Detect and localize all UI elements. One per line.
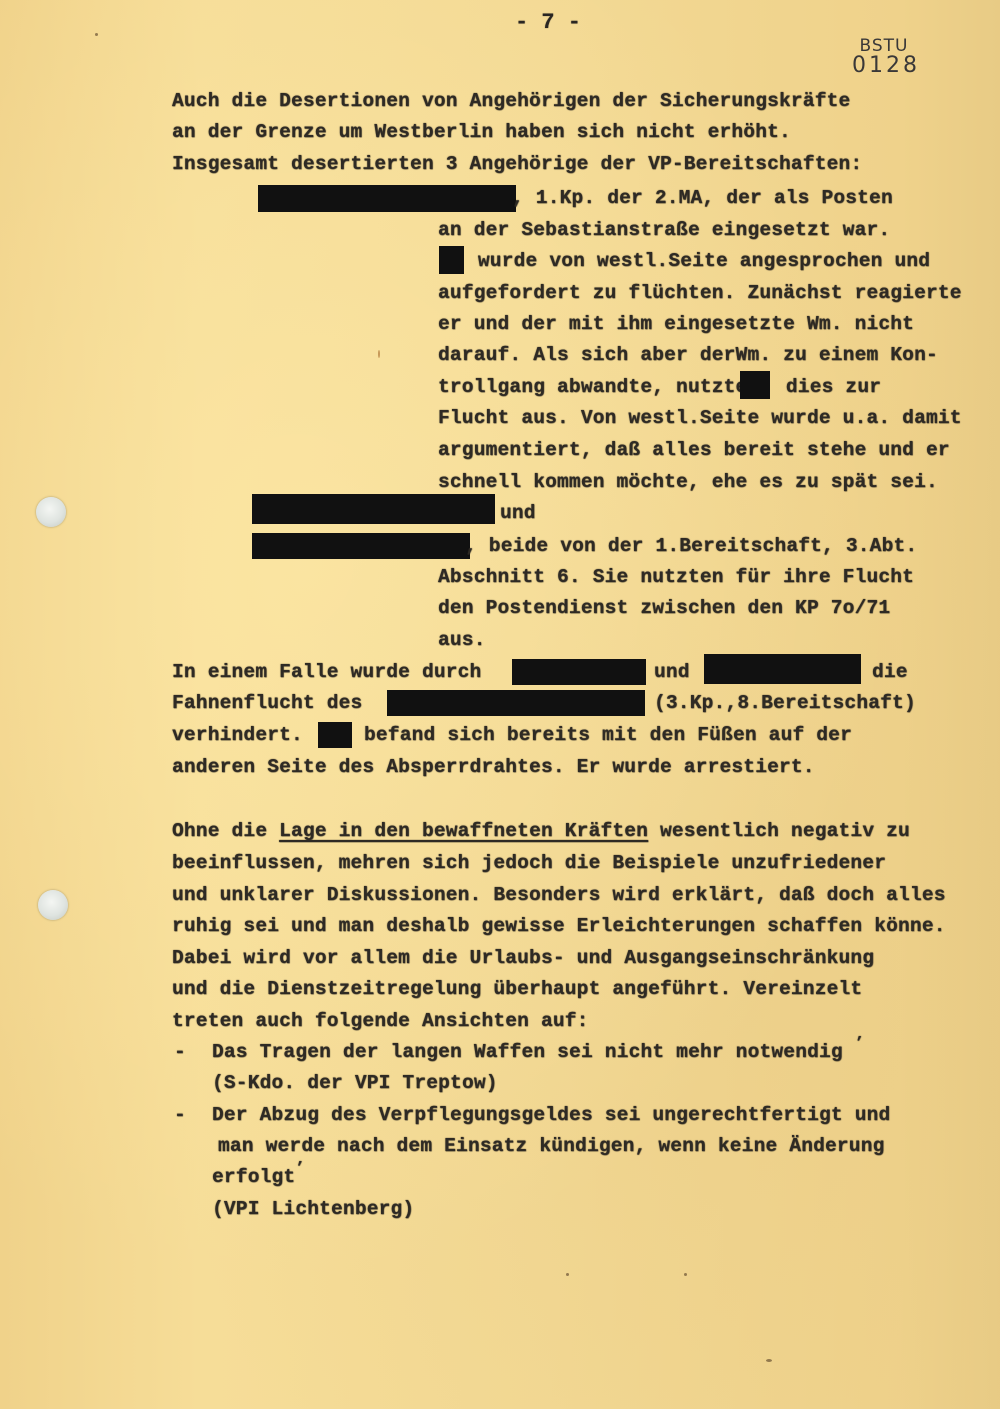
document-page: - 7 - BSTU 0128 Auch die Desertionen von… [0,0,1000,1409]
text-line: ruhig sei und man deshalb gewisse Erleic… [172,915,946,937]
text-line: anderen Seite des Absperrdrahtes. Er wur… [172,756,815,778]
redaction-block [740,371,770,399]
paper-speck [684,1273,687,1276]
text-line: befand sich bereits mit den Füßen auf de… [364,724,852,746]
redaction-block [318,722,352,748]
list-item: erfolgt’ [212,1166,305,1190]
list-bullet: - [174,1104,186,1126]
redaction-block [387,690,645,716]
list-bullet: - [174,1041,186,1063]
text-line: Flucht aus. Von westl.Seite wurde u.a. d… [438,407,962,429]
text-line: die [872,661,908,683]
redaction-block [439,246,464,274]
underlined-phrase: Lage in den bewaffneten Kräften [279,820,648,842]
text-line: aus. [438,629,486,651]
text-line: und unklarer Diskussionen. Besonders wir… [172,884,946,906]
paper-speck [766,1359,772,1362]
redaction-block [512,659,646,685]
text-fragment: Ohne die [172,820,279,842]
text-line: darauf. Als sich aber derWm. zu einem Ko… [438,344,938,366]
list-item-source: (S-Kdo. der VPI Treptow) [212,1072,498,1094]
text-line: aufgefordert zu flüchten. Zunächst reagi… [438,282,962,304]
text-line: schnell kommen möchte, ehe es zu spät se… [438,471,938,493]
paper-speck [566,1273,569,1276]
handwritten-quote-mark: ’ [855,1035,864,1052]
text-line: argumentiert, daß alles bereit stehe und… [438,439,950,461]
redaction-block [252,533,470,559]
text-line: , beide von der 1.Bereitschaft, 3.Abt. [465,535,917,557]
text-line: Ohne die Lage in den bewaffneten Kräften… [172,820,910,842]
text-line: und [500,502,536,524]
text-line: und [654,661,690,683]
text-line: beeinflussen, mehren sich jedoch die Bei… [172,852,886,874]
list-item-source: (VPI Lichtenberg) [212,1198,414,1220]
archive-stamp-number: 0128 [852,56,920,76]
text-line: den Postendienst zwischen den KP 7o/71 [438,597,890,619]
archive-stamp: BSTU 0128 [852,36,920,76]
punch-hole-top [36,497,66,527]
text-line: an der Grenze um Westberlin haben sich n… [172,121,791,143]
list-item: Das Tragen der langen Waffen sei nicht m… [212,1041,864,1065]
text-line: , 1.Kp. der 2.MA, der als Posten [512,187,893,209]
text-line: Auch die Desertionen von Angehörigen der… [172,90,850,112]
paper-speck [95,33,98,36]
handwritten-quote-mark: ’ [295,1160,304,1177]
text-line: Insgesamt desertierten 3 Angehörige der … [172,153,862,175]
text-line: Fahnenflucht des [172,692,362,714]
text-line: Abschnitt 6. Sie nutzten für ihre Flucht [438,566,914,588]
list-item-text: Das Tragen der langen Waffen sei nicht m… [212,1041,843,1063]
text-line: treten auch folgende Ansichten auf: [172,1010,589,1032]
text-line: trollgang abwandte, nutzte [438,376,747,398]
text-line: er und der mit ihm eingesetzte Wm. nicht [438,313,914,335]
redaction-block [704,654,861,684]
text-line: dies zur [774,376,881,398]
list-item-text: erfolgt [212,1166,295,1188]
page-number: - 7 - [515,10,581,35]
text-line: Dabei wird vor allem die Urlaubs- und Au… [172,947,874,969]
text-line: (3.Kp.,8.Bereitschaft) [654,692,916,714]
text-line: wurde von westl.Seite angesprochen und [466,250,930,272]
list-item-text: Der Abzug des Verpflegungsgeldes sei ung… [212,1104,890,1126]
punch-hole-bottom [38,890,68,920]
paper-speck [378,350,380,358]
text-line: an der Sebastianstraße eingesetzt war. [438,219,890,241]
text-line: verhindert. [172,724,303,746]
text-fragment: wesentlich negativ zu [648,820,910,842]
redaction-block [258,185,516,212]
text-line: und die Dienstzeitregelung überhaupt ang… [172,978,862,1000]
text-line: In einem Falle wurde durch [172,661,481,683]
list-item-text: man werde nach dem Einsatz kündigen, wen… [218,1135,885,1157]
redaction-block [252,494,495,524]
